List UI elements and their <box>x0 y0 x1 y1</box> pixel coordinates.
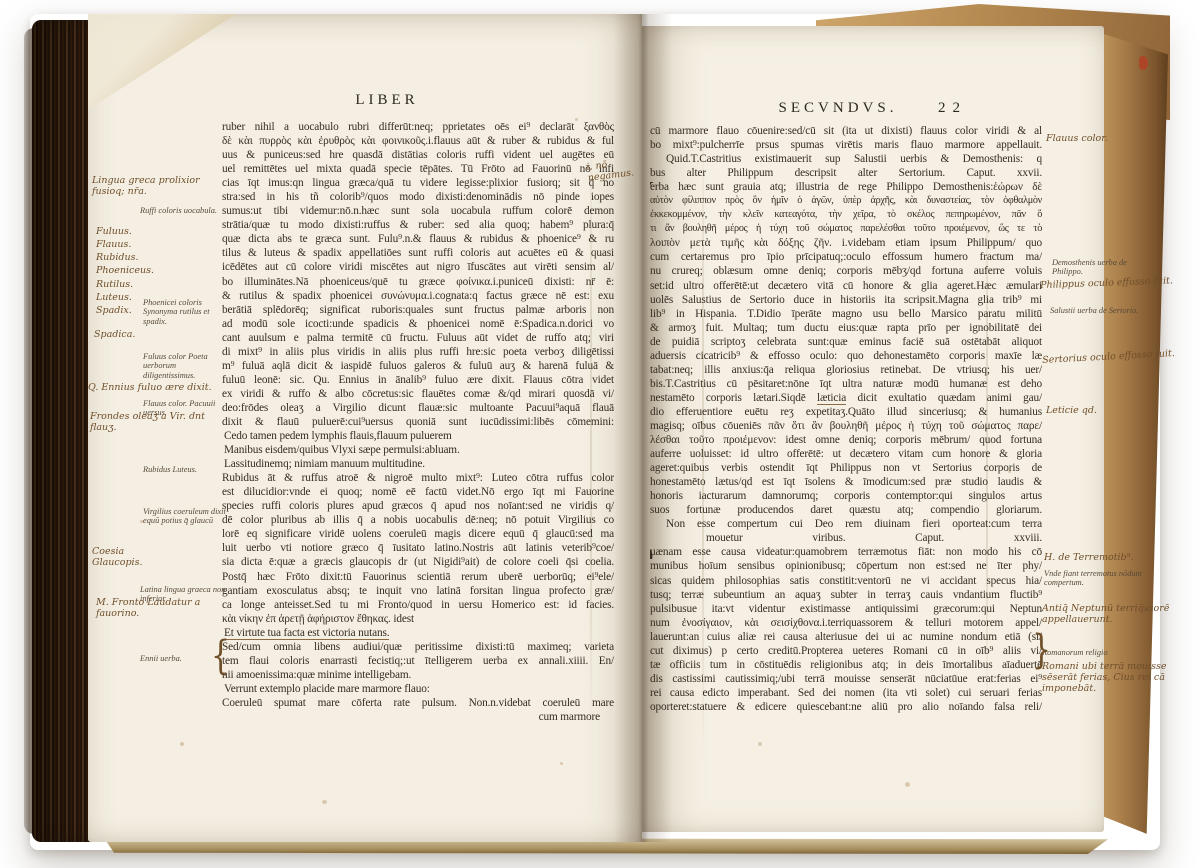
text-line: & rutilus & spadix phoenicei συνώνυμα.i.… <box>222 289 614 303</box>
text-line: honestamēto lætus/qd est īqt īsolens & ī… <box>650 475 1042 489</box>
text-line: cum certaremus pro īpio prīcipatuq;:ocul… <box>650 250 1042 264</box>
text-line: di mixt⁹ in aliis plus viridis in aliis … <box>222 345 614 359</box>
text-line: bo mixt⁹:pulcherrīe prsus spumas virētis… <box>650 138 1042 152</box>
text-line: ad modū sole icocti:unde spadicis & phoe… <box>222 317 614 331</box>
text-line: ἐκκεκομμένον, τὴν κλεῖν κατεαγότα, τὴν χ… <box>650 208 1042 222</box>
text-line: bis.T.Castritius cū pēsitaret:nōne īqt u… <box>650 377 1042 391</box>
ink-underlined-phrase: Et virtute tua facta est victoria nutans… <box>224 627 389 640</box>
text-line: cias īqt imus:qn lingua græca/quā tu vid… <box>222 176 614 190</box>
text-line: tabat:neq; illis anxius:q̄a reliqua glor… <box>650 363 1042 377</box>
text-line: τι ἂν βουληθῆ μέρος ἡ τύχη τοῦ σώματος π… <box>650 222 1042 236</box>
text-line: αὐτὸν φίλιππον πρὸς ὃν ἡμῖν ὁ ἀγῶν, ὑπὲρ… <box>650 194 1042 208</box>
text-line: icēdētes aut cū colore viridi miscētes a… <box>222 260 614 274</box>
text-line: uel remittētes uel mixta quadā specie tē… <box>222 162 614 176</box>
text-line: κὰι νίκην ἐπ ἀρετῇ ἀφήριστον ἔθηκας. ide… <box>222 612 614 626</box>
text-line: auferre uoluisset: id ultro offerētē: ut… <box>650 447 1042 461</box>
text-line: m⁹ fuluā aqlā dicit & iaspidē fuluos gal… <box>222 359 614 373</box>
text-line: tusq; terræ subeuntium an aquaʒ subter i… <box>650 588 1042 602</box>
text-line: Quænam esse causa videatur:quamobrem ter… <box>650 545 1042 559</box>
text-line: bus alter Philippum descripsit alter Ser… <box>650 166 1042 180</box>
text-line: Manibus eisdem/quibus Vlyxi sæpe permuls… <box>222 443 614 457</box>
text-line: berātiā splēdorēq; significat ruboris:qu… <box>222 303 614 317</box>
text-line: cum marmore <box>222 710 614 724</box>
text-line: lauerunt:an cuius aliæ rei causa alteriu… <box>650 630 1042 644</box>
folio-number: 22 <box>938 100 967 117</box>
text-line: bo illuminātes.Nā phoeniceus/quē tu græc… <box>222 275 614 289</box>
text-line: quæ dicta abs te græca sunt. Fulu⁹.n.& f… <box>222 232 614 246</box>
text-line: sumus:ut tibi videmur:nō.n.hæc sunt sola… <box>222 204 614 218</box>
text-line: aduersis cicatricib⁹ & effosso oculo: qu… <box>650 349 1042 363</box>
text-line: de puidiā scriptoʒ celebrata sunt:quæ em… <box>650 335 1042 349</box>
book-photo: LIBER SECVNDVS. 22 ruber nihil a uocabul… <box>0 0 1200 868</box>
left-text-block: ruber nihil a uocabulo rubri differūt:ne… <box>222 120 614 724</box>
text-line: sia dicta ē:quæ a græcis glaucopis dr (u… <box>222 555 614 569</box>
text-line: Verrunt extemplo placide mare marmore fl… <box>222 682 614 696</box>
text-line: λέσθαι τοῦτο προιέμενον: idest omne deni… <box>650 433 1042 447</box>
text-line: stra:sed in his tñ colorib⁹/quos modo di… <box>222 190 614 204</box>
text-line: nestamēto corporis lætari.Siqdē læticia … <box>650 391 1042 405</box>
text-line: Coeruleū spumat mare cōferta rate pulsum… <box>222 696 614 710</box>
text-line: ex viridi & ruffo & albo cōcretus:sic fl… <box>222 387 614 401</box>
text-line: munibus hoīum sensibus opinionibusq; cōp… <box>650 559 1042 573</box>
text-line: sicas quidem philosophias satis constiti… <box>650 574 1042 588</box>
text-line: pulsibusue ita:vt videntur existimasse a… <box>650 602 1042 616</box>
text-line: oporteret:statuere & edicere quiescebant… <box>650 700 1042 714</box>
text-line: lorē eq significare viridē uolens coerul… <box>222 527 614 541</box>
text-line: & armoʒ fuit. Multaq; tum ductu eius:quæ… <box>650 321 1042 335</box>
text-line: ruber nihil a uocabulo rubri differūt:ne… <box>222 120 614 134</box>
running-title-left: LIBER <box>222 92 552 109</box>
text-line: cut diximus) p certo creditū.Propterea u… <box>650 644 1042 658</box>
ink-underlined-phrase: læticia <box>817 392 846 405</box>
text-line: fuluū leonē: sic. Qu. Ennius in ānalib⁹ … <box>222 373 614 387</box>
text-line: tem flaui coloris enarrasti fecistiq;:ut… <box>222 654 614 668</box>
text-line: dis castissimi cautissimiq;/ubi terrā mo… <box>650 672 1042 686</box>
text-line: species ruffi coloris plures apud græcos… <box>222 499 614 513</box>
page-block-edges-left <box>32 20 94 842</box>
text-line: cant auulsum e palma termitē cū fructu. … <box>222 331 614 345</box>
text-line: set:id ultro offerētē:ut decætero vitā c… <box>650 279 1042 293</box>
text-line: λοιπὸν μετὰ τιμῆς κὰι δόξης ζῆν. i.videb… <box>650 236 1042 250</box>
drop-cap-initial: V <box>650 180 653 194</box>
text-line: suos fortunæ producendos daret quæstu at… <box>650 503 1042 517</box>
text-line: lib⁹ in Hispania. T.Didio īperāte magno … <box>650 307 1042 321</box>
text-line: nu crureq; oblæsum omne deniq; corporis … <box>650 264 1042 278</box>
text-line: deo:frōdes oleaʒ a Virgilio dicunt flauæ… <box>222 401 614 415</box>
text-line: ca longe anteisset.Sed tu mi Fronto/quod… <box>222 598 614 612</box>
text-line: luit uerbo vti notiore græco q̄ īusitato… <box>222 541 614 555</box>
text-line: mouetur viribus. Caput. xxviii. <box>650 531 1042 545</box>
page-corner-curl <box>88 14 236 110</box>
text-line: strātia/quæ tu modo dixisti:ruffus & rub… <box>222 218 614 232</box>
text-line: tilus & luteus & spadix appellatiōes sun… <box>222 246 614 260</box>
text-line: cū marmore flauo cōuenire:sed/cū sit (it… <box>650 124 1042 138</box>
text-line: Quid.T.Castritius existimauerit sup Salu… <box>650 152 1042 166</box>
text-line: uolēs Salustius de Sertorio duce in hist… <box>650 293 1042 307</box>
text-line: rei causa edicto imperabant. Sed dei nom… <box>650 686 1042 700</box>
text-line: dio efferuentiore euētu reʒ expetitaʒ.Qu… <box>650 405 1042 419</box>
text-line: gantiam exosculatus absq; te inquit vno … <box>222 584 614 598</box>
running-title-right: SECVNDVS. <box>700 100 976 117</box>
text-line: magisq; oībus cōueniēs πᾶν ὅτι ἂν βουληθ… <box>650 419 1042 433</box>
text-line: num ἐνοσίγαιον, κὰι σεισίχθονα.i.terriqu… <box>650 616 1042 630</box>
text-line: dē color pluribus ab illis q̄ a nobis uo… <box>222 513 614 527</box>
text-line: est dilucidior:vnde ei quoq; nomē eē fac… <box>222 485 614 499</box>
ink-underlined-phrase: quamobrem terræmotus fiāt: <box>795 546 935 559</box>
text-line: Lassitudinemq; nimiam manuum multitudine… <box>222 457 614 471</box>
text-line: dixit & flauū puluerē:cui⁹uersus quoniā … <box>222 415 614 429</box>
text-line: Et virtute tua facta est victoria nutans… <box>222 626 614 640</box>
drop-cap-initial: Q <box>650 545 653 559</box>
text-line: honoris iacturarum damnorumq; corporis c… <box>650 489 1042 503</box>
right-text-block: cū marmore flauo cōuenire:sed/cū sit (it… <box>650 124 1042 714</box>
text-line: nii amoenissima:quæ minime intelligebam. <box>222 668 614 682</box>
text-line: Sed/cum omnia libens audiui/quæ peritiss… <box>222 640 614 654</box>
text-line: Non esse compertum cui Deo rem diuinam f… <box>650 517 1042 531</box>
cover-red-mark <box>1139 56 1148 70</box>
text-line: δὲ κὰι πυρρὸς κὰι ἐρυθρὸς κὰι φοινικοῦς.… <box>222 134 614 148</box>
text-line: Rubidus āt & ruffus atroē & nigroē multo… <box>222 471 614 485</box>
text-line: tæ officiis tum in cōstituēdis religioni… <box>650 658 1042 672</box>
text-line: Verba hæc sunt grauia atq; illustria de … <box>650 180 1042 194</box>
text-line: Cedo tamen pedem lymphis flauis,flauum p… <box>222 429 614 443</box>
text-line: uus & puniceus:sed hre quasdā distātias … <box>222 148 614 162</box>
text-line: Postq̄ hæc Frōto dixit:tū Fauorinus scie… <box>222 570 614 584</box>
text-line: ageret:quibus verbis ostendit īqt Philip… <box>650 461 1042 475</box>
